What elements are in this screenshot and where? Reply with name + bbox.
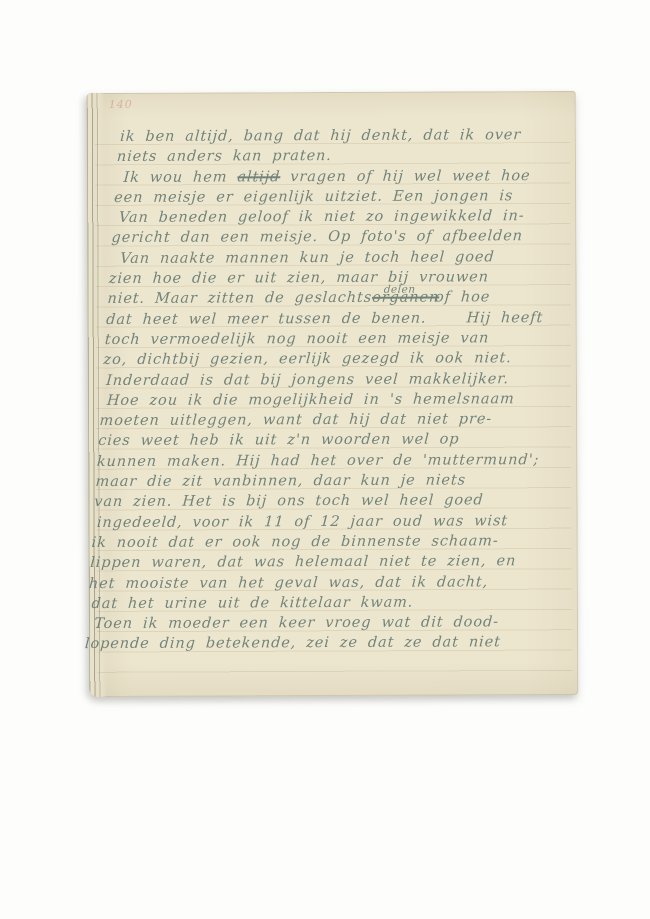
handwriting-segment: een meisje er eigenlijk uitziet. Een jon… — [114, 188, 514, 206]
handwriting-segment: zien hoe die er uit zien, maar bij vrouw… — [108, 269, 489, 287]
handwriting-segment: ik ben altijd, bang dat hij denkt, dat i… — [120, 127, 522, 145]
handwriting-line: dat heet wel meer tussen de benen. Hij h… — [106, 308, 558, 330]
page-number: 140 — [109, 98, 133, 111]
handwriting-segment: dat het urine uit de kittelaar kwam. — [91, 594, 414, 611]
handwriting-segment: Inderdaad is dat bij jongens veel makkel… — [106, 371, 510, 389]
handwriting-segment: of hoe — [424, 290, 490, 306]
handwriting-line: ik nooit dat er ook nog de binnenste sch… — [91, 531, 543, 553]
handwriting-segment: ik nooit dat er ook nog de binnenste sch… — [91, 533, 499, 551]
handwriting-line: het mooiste van het geval was, dat ik da… — [88, 572, 540, 594]
handwriting-line: ingedeeld, voor ik 11 of 12 jaar oud was… — [92, 511, 544, 533]
handwriting-line: zien hoe die er uit zien, maar bij vrouw… — [108, 267, 560, 289]
handwriting-line: ik ben altijd, bang dat hij denkt, dat i… — [118, 125, 570, 147]
handwriting-segment: het mooiste van het geval was, dat ik da… — [88, 574, 488, 592]
handwriting-line: Van beneden geloof ik niet zo ingewikkel… — [112, 206, 564, 228]
handwriting-line: van zien. Het is bij ons toch wel heel g… — [94, 490, 546, 512]
handwriting-segment: van zien. Het is bij ons toch wel heel g… — [94, 493, 484, 511]
handwriting-line: Ik wou hem altijd vragen of hij wel weet… — [115, 166, 567, 188]
handwriting-line: Hoe zou ik die mogelijkheid in 's hemels… — [100, 389, 552, 411]
handwriting-line: kunnen maken. Hij had het over de 'mutte… — [96, 450, 548, 472]
handwriting-line: maar die zit vanbinnen, daar kun je niet… — [95, 470, 547, 492]
handwriting-line: gericht dan een meisje. Op foto's of afb… — [111, 226, 563, 248]
handwriting-segment: niets anders kan praten. — [116, 148, 332, 165]
handwriting-segment: lopende ding betekende, zei ze dat ze da… — [84, 635, 501, 653]
handwriting-line: niets anders kan praten. — [116, 145, 568, 167]
handwriting-segment: cies weet heb ik uit z'n woorden wel op — [98, 432, 460, 450]
handwriting-line: niet. Maar zitten de geslachtsorganendel… — [107, 287, 559, 309]
handwriting-line: Inderdaad is dat bij jongens veel makkel… — [102, 369, 554, 391]
scan-background: { "document": { "page_number": "140", "c… — [0, 0, 650, 919]
handwriting-segment: dat heet wel meer tussen de benen. Hij h… — [106, 310, 544, 328]
handwriting-segment: Van beneden geloof ik niet zo ingewikkel… — [118, 208, 525, 226]
inserted-word: delen — [383, 284, 416, 296]
handwriting-text: ik ben altijd, bang dat hij denkt, dat i… — [84, 125, 570, 655]
handwriting-line: Van naakte mannen kun je toch heel goed — [110, 247, 562, 269]
handwriting-segment: Van naakte mannen kun je toch heel goed — [120, 249, 495, 267]
handwriting-segment: Ik wou hem — [123, 169, 238, 186]
handwriting-segment: maar die zit vanbinnen, daar kun je niet… — [95, 472, 466, 490]
handwriting-line: een meisje er eigenlijk uitziet. Een jon… — [114, 186, 566, 208]
handwriting-segment: Toen ik moeder een keer vroeg wat dit do… — [94, 614, 500, 632]
handwriting-segment: kunnen maken. Hij had het over de 'mutte… — [96, 452, 539, 470]
handwriting-segment: ingedeeld, voor ik 11 of 12 jaar oud was… — [96, 513, 508, 531]
handwriting-line: cies weet heb ik uit z'n woorden wel op — [98, 430, 550, 452]
handwriting-segment: toch vermoedelijk nog nooit een meisje v… — [104, 330, 489, 348]
handwriting-segment: gericht dan een meisje. Op foto's of afb… — [111, 229, 523, 247]
handwriting-line: toch vermoedelijk nog nooit een meisje v… — [104, 328, 556, 350]
handwriting-segment: lippen waren, dat was helemaal niet te z… — [90, 553, 517, 571]
handwriting-segment: zo, dichtbij gezien, eerlijk gezegd ik o… — [103, 350, 512, 368]
handwriting-segment: vragen of hij wel weet hoe — [280, 168, 531, 185]
handwriting-line: moeten uitleggen, want dat hij dat niet … — [99, 409, 551, 431]
handwriting-line: lippen waren, dat was helemaal niet te z… — [90, 551, 542, 573]
handwriting-segment: moeten uitleggen, want dat hij dat niet … — [99, 411, 493, 429]
handwriting-segment: niet. Maar zitten de geslachts — [107, 290, 373, 307]
handwriting-segment: Hoe zou ik die mogelijkheid in 's hemels… — [106, 391, 515, 409]
handwriting-line: zo, dichtbij gezien, eerlijk gezegd ik o… — [103, 348, 555, 370]
handwriting-line: dat het urine uit de kittelaar kwam. — [87, 592, 539, 614]
handwriting-line: Toen ik moeder een keer vroeg wat dit do… — [86, 612, 538, 634]
struck-word: altijd — [237, 169, 281, 185]
handwriting-line: lopende ding betekende, zei ze dat ze da… — [84, 633, 536, 655]
manuscript-page: 140 ik ben altijd, bang dat hij denkt, d… — [87, 91, 579, 697]
